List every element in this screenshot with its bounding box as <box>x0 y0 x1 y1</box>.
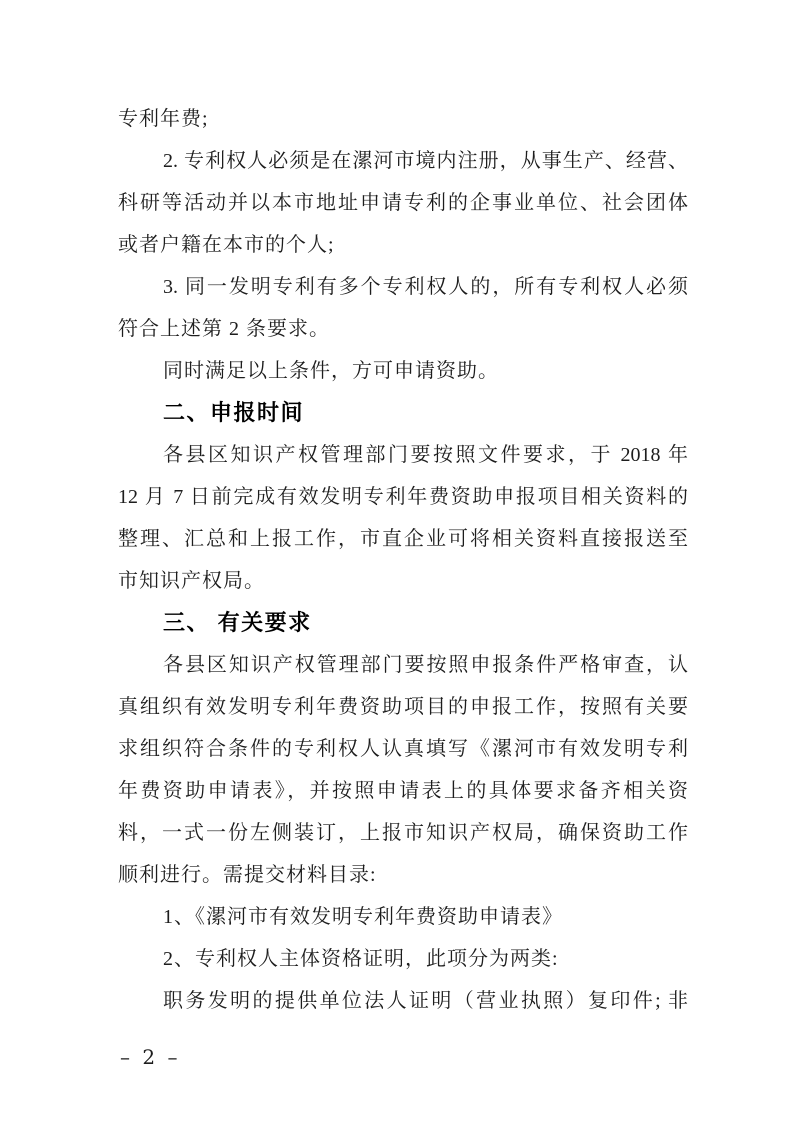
text-line: 料，一式一份左侧装订，上报市知识产权局，确保资助工作 <box>118 812 688 854</box>
text-line: 整理、汇总和上报工作，市直企业可将相关资料直接报送至 <box>118 518 688 560</box>
text-line: 2、专利权人主体资格证明，此项分为两类: <box>118 938 688 980</box>
page-number: – 2 – <box>120 1045 180 1069</box>
text-line: 科研等活动并以本市地址申请专利的企事业单位、社会团体 <box>118 182 688 224</box>
text-line: 3. 同一发明专利有多个专利权人的，所有专利权人必须 <box>118 266 688 308</box>
text-line: 各县区知识产权管理部门要按照文件要求，于 2018 年 <box>118 434 688 476</box>
text-line: 符合上述第 2 条要求。 <box>118 308 688 350</box>
text-line: 2. 专利权人必须是在漯河市境内注册，从事生产、经营、 <box>118 140 688 182</box>
text-line: 真组织有效发明专利年费资助项目的申报工作，按照有关要 <box>118 686 688 728</box>
section-heading: 三、 有关要求 <box>118 602 688 644</box>
text-line: 年费资助申请表》，并按照申请表上的具体要求备齐相关资 <box>118 770 688 812</box>
section-heading: 二、申报时间 <box>118 392 688 434</box>
document-page: 专利年费;2. 专利权人必须是在漯河市境内注册，从事生产、经营、科研等活动并以本… <box>0 0 793 1122</box>
text-line: 12 月 7 日前完成有效发明专利年费资助申报项目相关资料的 <box>118 476 688 518</box>
text-line: 同时满足以上条件，方可申请资助。 <box>118 350 688 392</box>
document-body: 专利年费;2. 专利权人必须是在漯河市境内注册，从事生产、经营、科研等活动并以本… <box>118 98 688 1022</box>
text-line: 或者户籍在本市的个人; <box>118 224 688 266</box>
text-line: 各县区知识产权管理部门要按照申报条件严格审查，认 <box>118 644 688 686</box>
text-line: 顺利进行。需提交材料目录: <box>118 854 688 896</box>
text-line: 1、《漯河市有效发明专利年费资助申请表》 <box>118 896 688 938</box>
text-line: 职务发明的提供单位法人证明（营业执照）复印件; 非 <box>118 980 688 1022</box>
text-line: 市知识产权局。 <box>118 560 688 602</box>
text-line: 求组织符合条件的专利权人认真填写《漯河市有效发明专利 <box>118 728 688 770</box>
page-footer: – 2 – <box>120 1036 180 1078</box>
text-line: 专利年费; <box>118 98 688 140</box>
